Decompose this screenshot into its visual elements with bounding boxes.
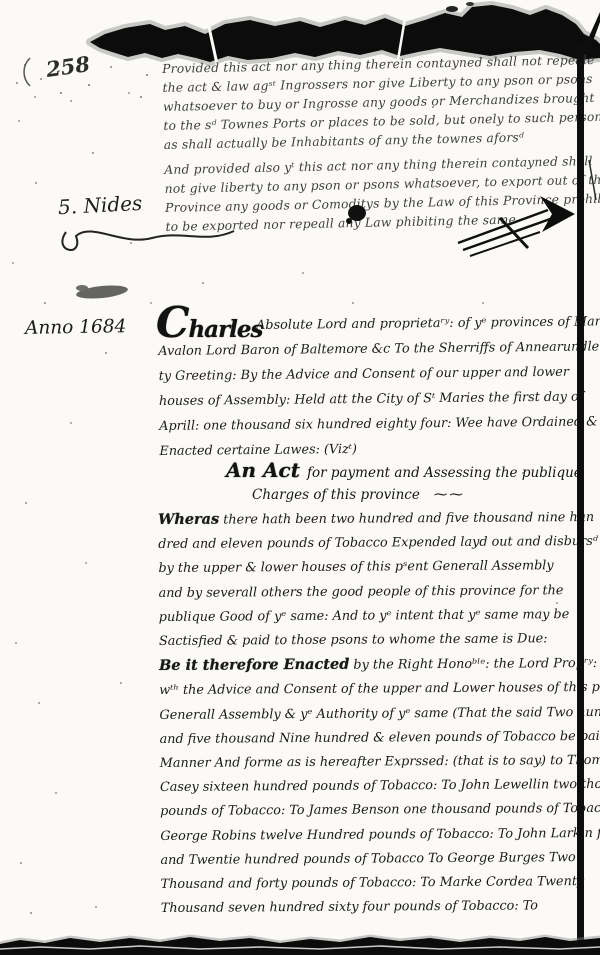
act-body-line: dred and eleven pounds of Tobacco Expend… xyxy=(158,530,594,557)
act-title: An Actfor payment and Assessing the publ… xyxy=(226,458,582,482)
torn-edge-bottom xyxy=(0,932,600,955)
charter-paragraph: Absolute Lord and proprietaʳʸ: of yᵉ pro… xyxy=(158,309,594,464)
act-body-line: pounds of Tobacco: To James Benson one t… xyxy=(160,797,596,824)
act-body-paragraph: Wheras there hath been two hundred and f… xyxy=(158,505,597,921)
act-body-line: Wheras there hath been two hundred and f… xyxy=(158,505,594,533)
act-title-rest: for payment and Assessing the publique xyxy=(307,465,582,481)
act-body-line: Casey sixteen hundred pounds of Tobacco:… xyxy=(160,773,596,800)
act-title-line2: Charges of this province⁓⁓ xyxy=(252,487,465,503)
act-body-line: Thousand seven hundred sixty four pounds… xyxy=(161,894,597,921)
act-body-line: Be it therefore Enacted by the Right Hon… xyxy=(159,651,595,679)
manuscript-page: 258 Provided this act nor any thing ther… xyxy=(0,0,600,955)
ink-smudge xyxy=(76,283,129,300)
proviso-paragraph: Provided this act nor any thing therein … xyxy=(162,51,596,237)
pen-squiggle: ⁓⁓ xyxy=(434,487,465,503)
act-body-line: wᵗʰ the Advice and Consent of the upper … xyxy=(159,676,595,703)
act-body-line: George Robins twelve Hundred pounds of T… xyxy=(160,822,596,849)
act-body-line: publique Good of yᵉ same: And to yᵉ inte… xyxy=(159,603,595,630)
act-title-word: An Act xyxy=(226,458,300,482)
act-body-line: Generall Assembly & yᵉ Authority of yᵉ s… xyxy=(159,701,595,728)
act-body-line: by the upper & lower houses of this pˢen… xyxy=(158,554,594,581)
act-body-line: and by severall others the good people o… xyxy=(159,579,595,606)
act-title-line2-text: Charges of this province xyxy=(252,487,420,503)
act-body-line: Thousand and forty pounds of Tobacco: To… xyxy=(161,870,597,897)
act-body-line: Manner And forme as is hereafter Exprsse… xyxy=(160,749,596,776)
act-body-lead: Wheras xyxy=(158,511,219,528)
act-body-line-text: by the Right Honoᵇˡᵉ: the Lord Propʳʸ: b… xyxy=(353,656,600,673)
margin-note-vides: 5. Nides xyxy=(57,191,142,219)
margin-note-anno: Anno 1684 xyxy=(25,316,127,339)
act-body-line: and five thousand Nine hundred & eleven … xyxy=(160,725,596,752)
act-body-line-text: there hath been two hundred and five tho… xyxy=(223,510,594,528)
charter-line: Aprill: one thousand six hundred eighty … xyxy=(159,409,593,439)
act-body-line: and Twentie hundred pounds of Tobacco To… xyxy=(160,846,596,873)
act-body-lead: Be it therefore Enacted xyxy=(159,656,349,674)
page-number: 258 xyxy=(44,51,91,82)
act-body-line: Sactisfied & paid to those psons to whom… xyxy=(159,627,595,654)
